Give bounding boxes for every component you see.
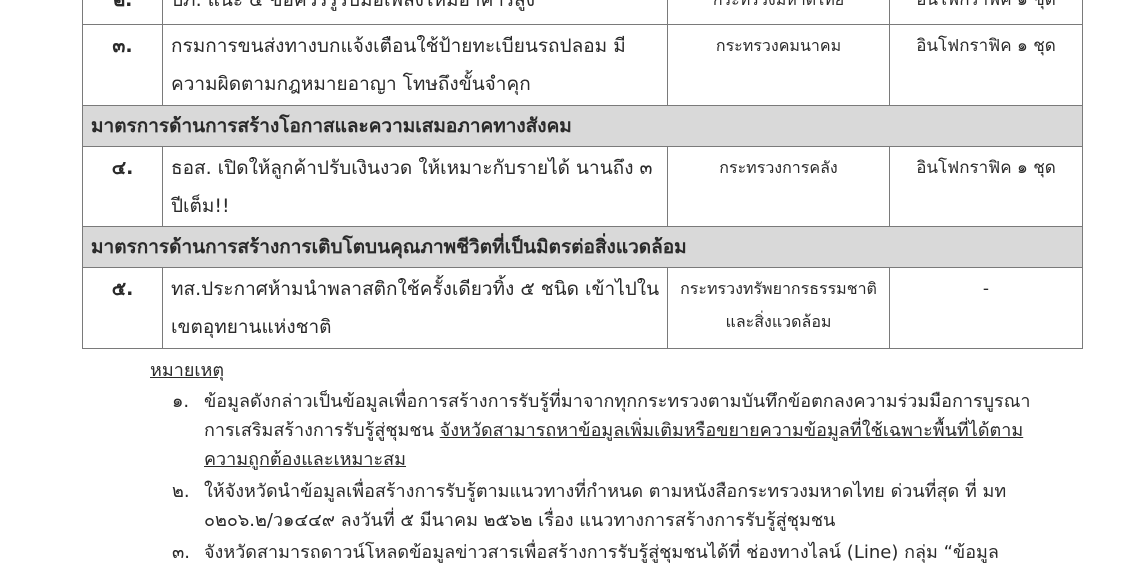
note-text: ให้จังหวัดนำข้อมูลเพื่อสร้างการรับรู้ตาม…	[204, 481, 1006, 531]
table-row: ๔. ธอส. เปิดให้ลูกค้าปรับเงินงวด ให้เหมา…	[83, 147, 1083, 227]
note-number: ๒.	[172, 477, 190, 506]
item-ministry: กระทรวงการคลัง	[668, 147, 890, 227]
note-number: ๑.	[172, 387, 189, 416]
notes-title: หมายเหตุ	[150, 356, 1050, 385]
item-number: ๕.	[83, 268, 163, 349]
table-row: ๓. กรมการขนส่งทางบกแจ้งเตือนใช้ป้ายทะเบี…	[83, 25, 1083, 106]
item-ministry: กระทรวงทรัพยากรธรรมชาติและสิ่งแวดล้อม	[668, 268, 890, 349]
item-media: อินโฟกราฟิค ๑ ชุด	[890, 147, 1083, 227]
item-ministry: กระทรวงคมนาคม	[668, 25, 890, 106]
table-row: ๒. ปภ. แนะ ๔ ข้อควรรู้รับมือเพลิงไหม้อาค…	[83, 0, 1083, 25]
item-number: ๔.	[83, 147, 163, 227]
item-title: ปภ. แนะ ๔ ข้อควรรู้รับมือเพลิงไหม้อาคารส…	[163, 0, 668, 25]
item-title: ธอส. เปิดให้ลูกค้าปรับเงินงวด ให้เหมาะกั…	[163, 147, 668, 227]
item-media: -	[890, 268, 1083, 349]
item-title: กรมการขนส่งทางบกแจ้งเตือนใช้ป้ายทะเบียนร…	[163, 25, 668, 106]
note-item: ๑. ข้อมูลดังกล่าวเป็นข้อมูลเพื่อการสร้าง…	[150, 387, 1050, 474]
item-number: ๒.	[83, 0, 163, 25]
section-title: มาตรการด้านการสร้างโอกาสและความเสมอภาคทา…	[83, 106, 1083, 147]
item-media: อินโฟกราฟิค ๑ ชุด	[890, 0, 1083, 25]
measures-table: ๒. ปภ. แนะ ๔ ข้อควรรู้รับมือเพลิงไหม้อาค…	[82, 0, 1083, 349]
note-text: จังหวัดสามารถดาวน์โหลดข้อมูลข่าวสารเพื่อ…	[204, 542, 999, 563]
item-number: ๓.	[83, 25, 163, 106]
item-title: ทส.ประกาศห้ามนำพลาสติกใช้ครั้งเดียวทิ้ง …	[163, 268, 668, 349]
note-number: ๓.	[172, 538, 190, 567]
item-media: อินโฟกราฟิค ๑ ชุด	[890, 25, 1083, 106]
note-item: ๓. จังหวัดสามารถดาวน์โหลดข้อมูลข่าวสารเพ…	[150, 538, 1050, 567]
section-header-row: มาตรการด้านการสร้างโอกาสและความเสมอภาคทา…	[83, 106, 1083, 147]
notes-section: หมายเหตุ ๑. ข้อมูลดังกล่าวเป็นข้อมูลเพื่…	[150, 356, 1050, 570]
section-header-row: มาตรการด้านการสร้างการเติบโตบนคุณภาพชีวิ…	[83, 227, 1083, 268]
section-title: มาตรการด้านการสร้างการเติบโตบนคุณภาพชีวิ…	[83, 227, 1083, 268]
item-ministry: กระทรวงมหาดไทย	[668, 0, 890, 25]
table-row: ๕. ทส.ประกาศห้ามนำพลาสติกใช้ครั้งเดียวทิ…	[83, 268, 1083, 349]
note-item: ๒. ให้จังหวัดนำข้อมูลเพื่อสร้างการรับรู้…	[150, 477, 1050, 535]
